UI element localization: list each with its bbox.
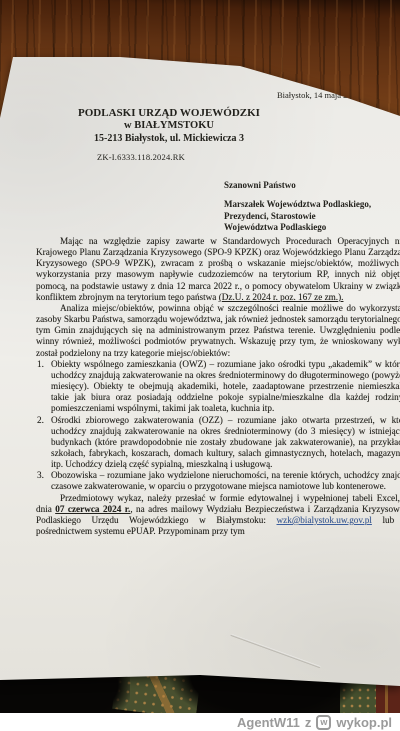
watermark-bar: AgentW11 z w wykop.pl [0, 713, 400, 731]
paper-crease [231, 634, 321, 668]
salutation: Szanowni Państwo [224, 180, 296, 190]
wykop-logo-icon: w [316, 715, 331, 730]
addressee-line: Prezydenci, Starostowie [224, 211, 371, 223]
list-number: 3. [37, 470, 44, 481]
sender-address: 15-213 Białystok, ul. Mickiewicza 3 [36, 132, 302, 145]
deadline-date: 07 czerwca 2024 r. [55, 504, 130, 514]
city-date-line: Białystok, 14 maja 2024 r. [277, 90, 367, 100]
journal-of-laws-reference: (Dz.U. z 2024 r. poz. 167 ze zm.). [219, 292, 344, 302]
list-item-owz: 1. Obiekty wspólnego zamieszkania (OWZ) … [36, 359, 400, 415]
addressee-block: Marszałek Województwa Podlaskiego, Prezy… [224, 199, 371, 234]
watermark-author: AgentW11 [237, 715, 300, 730]
sender-city: w BIAŁYMSTOKU [36, 120, 302, 132]
sender-letterhead: PODLASKI URZĄD WOJEWÓDZKI w BIAŁYMSTOKU … [36, 107, 302, 145]
letter-body: Mając na względzie zapisy zawarte w Stan… [36, 236, 400, 537]
list-number: 2. [37, 415, 44, 426]
list-item-text: Obozowiska – rozumiane jako wydzielone n… [51, 470, 400, 491]
email-address: wzk@bialystok.uw.gov.pl [277, 515, 372, 525]
list-item-ozz: 2. Ośrodki zbiorowego zakwaterowania (OZ… [36, 415, 400, 471]
list-item-text: Obiekty wspólnego zamieszkania (OWZ) – r… [51, 359, 400, 414]
reference-number: ZK-I.6333.118.2024.RK [97, 152, 185, 162]
addressee-line: Marszałek Województwa Podlaskiego, [224, 199, 371, 211]
paragraph-legal-basis: Mając na względzie zapisy zawarte w Stan… [36, 236, 400, 303]
watermark-site: wykop.pl [336, 715, 392, 730]
list-item-obozowiska: 3. Obozowiska – rozumiane jako wydzielon… [36, 470, 400, 492]
list-number: 1. [37, 359, 44, 370]
addressee-line: Województwa Podlaskiego [224, 222, 371, 234]
paragraph-submission: Przedmiotowy wykaz, należy przesłać w fo… [36, 493, 400, 538]
list-item-text: Ośrodki zbiorowego zakwaterowania (OZZ) … [51, 415, 400, 470]
paper-wrap: Białystok, 14 maja 2024 r. PODLASKI URZĄ… [0, 0, 400, 713]
paragraph-analysis: Analiza miejsc/obiektów, powinna objąć w… [36, 303, 400, 359]
paper-sheet: Białystok, 14 maja 2024 r. PODLASKI URZĄ… [0, 0, 400, 713]
watermark-separator: z [305, 715, 312, 730]
sender-name: PODLASKI URZĄD WOJEWÓDZKI [36, 107, 302, 120]
document-photo: Białystok, 14 maja 2024 r. PODLASKI URZĄ… [0, 0, 400, 713]
